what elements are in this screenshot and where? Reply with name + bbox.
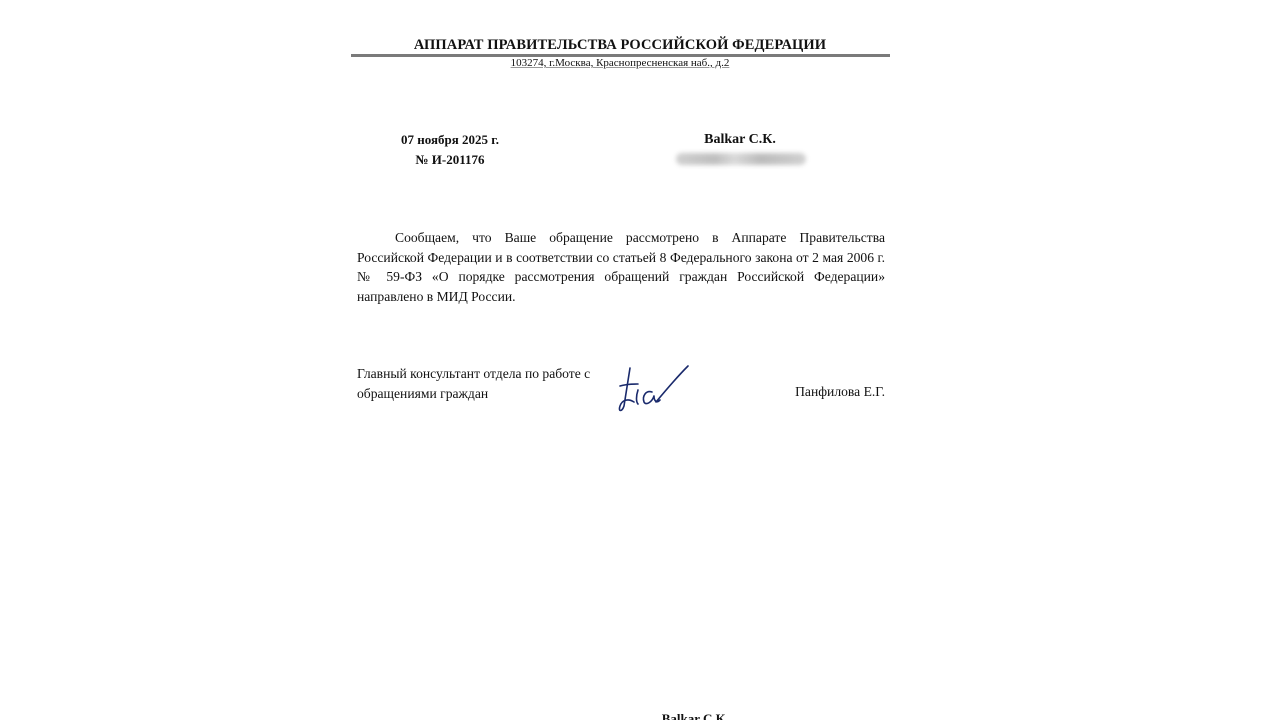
letter-date: 07 ноября 2025 г. <box>360 132 540 148</box>
letter-number: № И-201176 <box>360 152 540 168</box>
footer-recipient-name: Balkar С.К. <box>620 711 770 720</box>
signer-name: Панфилова Е.Г. <box>760 384 885 400</box>
organization-title: АППАРАТ ПРАВИТЕЛЬСТВА РОССИЙСКОЙ ФЕДЕРАЦ… <box>350 37 890 54</box>
signature-icon <box>612 362 694 416</box>
recipient-name: Balkar С.К. <box>660 132 820 148</box>
letter-body: Сообщаем, что Ваше обращение рассмотрено… <box>357 228 885 306</box>
organization-address: 103274, г.Москва, Краснопресненская наб.… <box>350 57 890 69</box>
recipient-email-redacted <box>676 153 806 165</box>
signer-position: Главный консультант отдела по работе с о… <box>357 364 607 403</box>
